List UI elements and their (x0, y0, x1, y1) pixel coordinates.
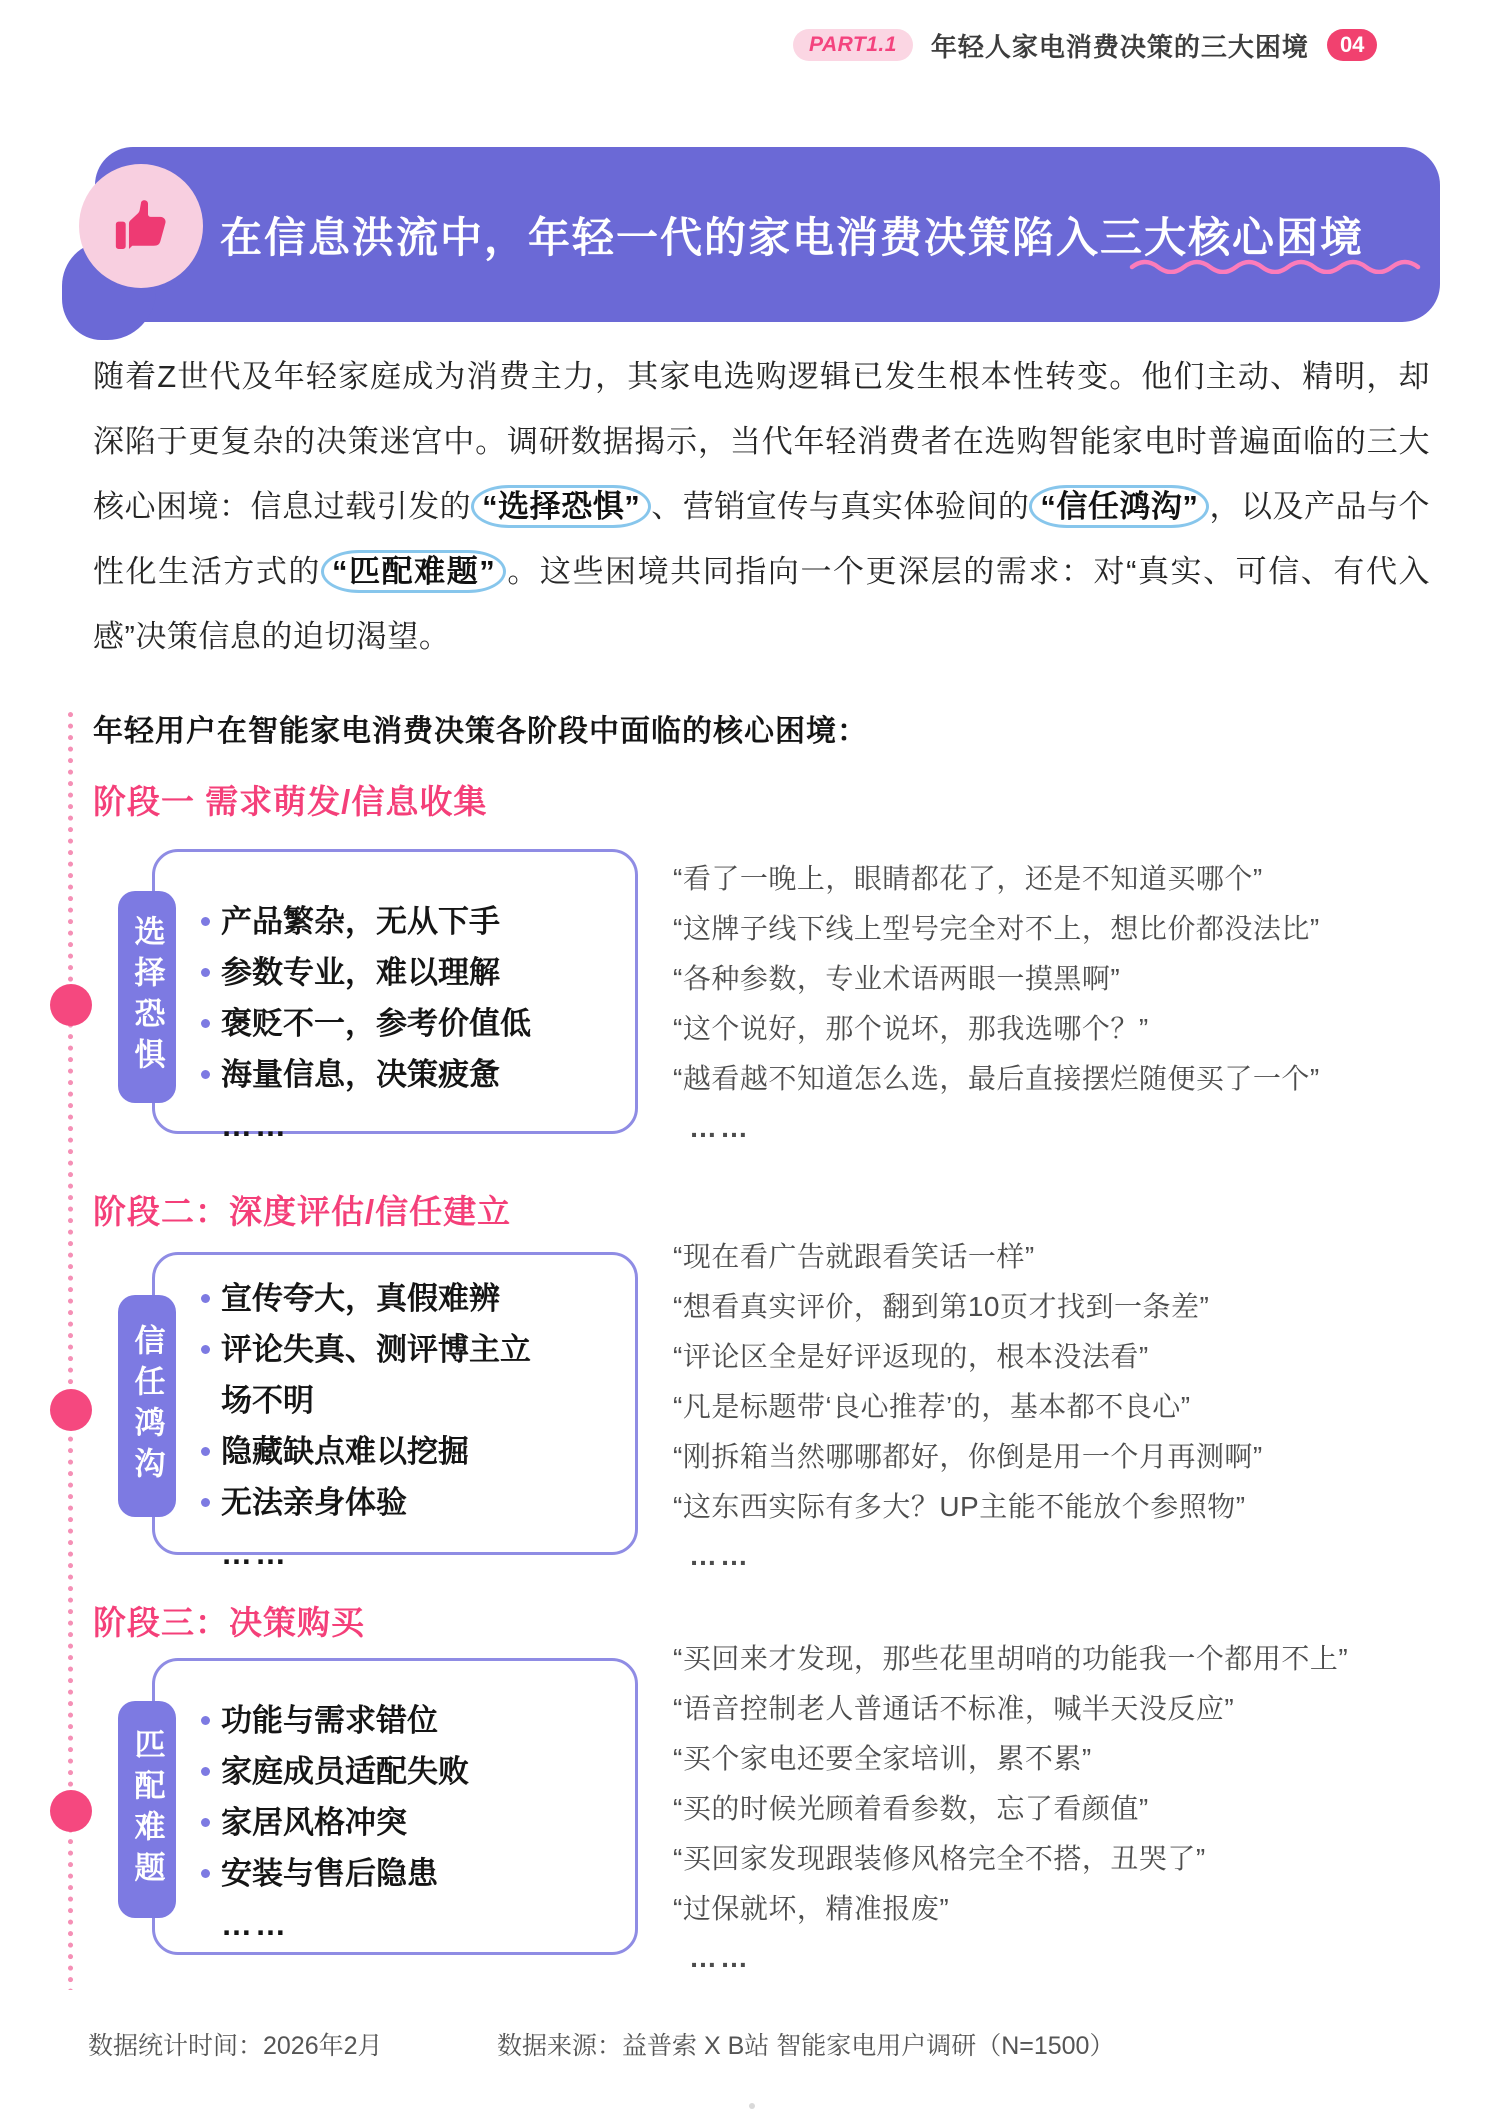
bullet-item: 褒贬不一，参考价值低 (201, 998, 617, 1049)
bullet-text: 家庭成员适配失败 (221, 1746, 469, 1797)
bullet-dot-icon (201, 1345, 210, 1354)
bullet-item: 评论失真、测评博主立场不明 (201, 1324, 617, 1426)
quote-item: “买个家电还要全家培训，累不累” (673, 1742, 1488, 1775)
bullet-item: 产品繁杂，无从下手 (201, 896, 617, 947)
quote-item: “凡是标题带‘良心推荐’的，基本都不良心” (673, 1390, 1488, 1423)
term-choice-fear: “选择恐惧” (471, 485, 651, 528)
quote-item: “越看越不知道怎么选，最后直接摆烂随便买了一个” (673, 1062, 1488, 1095)
stage-2-bullet-list: 宣传夸大，真假难辨 评论失真、测评博主立场不明 隐藏缺点难以挖掘 无法亲身体验 … (155, 1255, 635, 1579)
stage-1-bullet-list: 产品繁杂，无从下手 参数专业，难以理解 褒贬不一，参考价值低 海量信息，决策疲惫… (155, 852, 635, 1151)
quotes-ellipsis: …… (673, 1942, 1488, 1974)
bullet-dot-icon (201, 968, 210, 977)
stage-1-quotes: “看了一晚上，眼睛都花了，还是不知道买哪个” “这牌子线下线上型号完全对不上，想… (673, 862, 1488, 1144)
quote-item: “现在看广告就跟看笑话一样” (673, 1240, 1488, 1273)
stage-1-tab: 选择恐惧 (118, 891, 176, 1103)
header: PART1.1 年轻人家电消费决策的三大困境 04 (793, 28, 1377, 62)
stage-2-tab: 信任鸿沟 (118, 1295, 176, 1517)
bullet-item: 家居风格冲突 (201, 1797, 617, 1848)
bullet-item: 无法亲身体验 (201, 1477, 617, 1528)
quote-item: “想看真实评价，翻到第10页才找到一条差” (673, 1290, 1488, 1323)
term-match-problem: “匹配难题” (321, 550, 506, 593)
page: PART1.1 年轻人家电消费决策的三大困境 04 在信息洪流中，年轻一代的家电… (0, 0, 1500, 2121)
stage-2-box: 信任鸿沟 宣传夸大，真假难辨 评论失真、测评博主立场不明 隐藏缺点难以挖掘 无法… (152, 1252, 638, 1555)
timeline-node-3 (50, 1790, 92, 1832)
bullet-item: 安装与售后隐患 (201, 1848, 617, 1899)
timeline-node-2 (50, 1389, 92, 1431)
bullet-item: 宣传夸大，真假难辨 (201, 1273, 617, 1324)
bullet-ellipsis: …… (221, 1528, 617, 1579)
quote-item: “买的时候光顾着看参数，忘了看颜值” (673, 1792, 1488, 1825)
wavy-underline (1128, 254, 1428, 274)
stage-2-heading: 阶段二：深度评估/信任建立 (93, 1186, 511, 1233)
quote-item: “语音控制老人普通话不标准，喊半天没反应” (673, 1692, 1488, 1725)
quote-item: “过保就坏，精准报废” (673, 1892, 1488, 1925)
bullet-dot-icon (201, 1019, 210, 1028)
stage-3-box: 匹配难题 功能与需求错位 家庭成员适配失败 家居风格冲突 安装与售后隐患 …… (152, 1658, 638, 1955)
intro-text-2: 、营销宣传与真实体验间的 (651, 489, 1029, 524)
thumbs-up-glyph (106, 191, 176, 261)
bullet-dot-icon (201, 1767, 210, 1776)
page-number-badge: 04 (1327, 29, 1377, 61)
bullet-dot-icon (201, 1294, 210, 1303)
stage-1-heading: 阶段一 需求萌发/信息收集 (93, 776, 487, 823)
bullet-item: 家庭成员适配失败 (201, 1746, 617, 1797)
quote-item: “刚拆箱当然哪哪都好，你倒是用一个月再测啊” (673, 1440, 1488, 1473)
bullet-text: 宣传夸大，真假难辨 (221, 1273, 500, 1324)
stage-3-tab: 匹配难题 (118, 1701, 176, 1918)
intro-paragraph: 随着Z世代及年轻家庭成为消费主力，其家电选购逻辑已发生根本性转变。他们主动、精明… (93, 344, 1430, 669)
quote-item: “这个说好，那个说坏，那我选哪个？” (673, 1012, 1488, 1045)
quote-item: “买回来才发现，那些花里胡哨的功能我一个都用不上” (673, 1642, 1488, 1675)
bullet-text: 功能与需求错位 (221, 1695, 438, 1746)
stage-1-box: 选择恐惧 产品繁杂，无从下手 参数专业，难以理解 褒贬不一，参考价值低 海量信息… (152, 849, 638, 1134)
quote-item: “评论区全是好评返现的，根本没法看” (673, 1340, 1488, 1373)
stage-3-quotes: “买回来才发现，那些花里胡哨的功能我一个都用不上” “语音控制老人普通话不标准，… (673, 1642, 1488, 1974)
stage-3-bullet-list: 功能与需求错位 家庭成员适配失败 家居风格冲突 安装与售后隐患 …… (155, 1661, 635, 1950)
term-trust-gap: “信任鸿沟” (1029, 485, 1209, 528)
quotes-ellipsis: …… (673, 1112, 1488, 1144)
bullet-dot-icon (201, 1818, 210, 1827)
bullet-text: 参数专业，难以理解 (221, 947, 500, 998)
bullet-text: 褒贬不一，参考价值低 (221, 998, 531, 1049)
bullet-text: 安装与售后隐患 (221, 1848, 438, 1899)
bullet-text: 海量信息，决策疲惫 (221, 1049, 500, 1100)
bullet-dot-icon (201, 1498, 210, 1507)
bullet-item: 功能与需求错位 (201, 1695, 617, 1746)
stage-3-heading: 阶段三：决策购买 (93, 1597, 365, 1644)
part-badge: PART1.1 (793, 29, 913, 61)
bullet-dot-icon (201, 1716, 210, 1725)
timeline-node-1 (50, 984, 92, 1026)
bullet-dot-icon (201, 1447, 210, 1456)
footer-data-source: 数据来源：益普索 X B站 智能家电用户调研（N=1500） (497, 2026, 1114, 2062)
quotes-ellipsis: …… (673, 1540, 1488, 1572)
bullet-ellipsis: …… (221, 1100, 617, 1151)
quote-item: “这东西实际有多大？UP主能不能放个参照物” (673, 1490, 1488, 1523)
bullet-dot-icon (201, 1869, 210, 1878)
quote-item: “买回家发现跟装修风格完全不搭，丑哭了” (673, 1842, 1488, 1875)
quote-item: “看了一晚上，眼睛都花了，还是不知道买哪个” (673, 862, 1488, 895)
bullet-ellipsis: …… (221, 1899, 617, 1950)
bullet-text: 产品繁杂，无从下手 (221, 896, 500, 947)
page-footer-dot (749, 2103, 755, 2109)
bullet-item: 海量信息，决策疲惫 (201, 1049, 617, 1100)
section-title: 年轻用户在智能家电消费决策各阶段中面临的核心困境： (93, 706, 868, 750)
quote-item: “各种参数，专业术语两眼一摸黑啊” (673, 962, 1488, 995)
banner-title: 在信息洪流中，年轻一代的家电消费决策陷入三大核心困境 (220, 147, 1364, 322)
banner: 在信息洪流中，年轻一代的家电消费决策陷入三大核心困境 (95, 147, 1440, 322)
bullet-text: 无法亲身体验 (221, 1477, 407, 1528)
bullet-dot-icon (201, 1070, 210, 1079)
footer-stat-time: 数据统计时间：2026年2月 (88, 2026, 383, 2062)
bullet-item: 参数专业，难以理解 (201, 947, 617, 998)
quote-item: “这牌子线下线上型号完全对不上，想比价都没法比” (673, 912, 1488, 945)
bullet-text: 隐藏缺点难以挖掘 (221, 1426, 469, 1477)
header-title: 年轻人家电消费决策的三大困境 (931, 27, 1309, 64)
bullet-item: 隐藏缺点难以挖掘 (201, 1426, 617, 1477)
bullet-text: 家居风格冲突 (221, 1797, 407, 1848)
bullet-text: 评论失真、测评博主立场不明 (221, 1324, 546, 1426)
thumbs-up-icon (79, 164, 203, 288)
stage-2-quotes: “现在看广告就跟看笑话一样” “想看真实评价，翻到第10页才找到一条差” “评论… (673, 1240, 1488, 1572)
bullet-dot-icon (201, 917, 210, 926)
